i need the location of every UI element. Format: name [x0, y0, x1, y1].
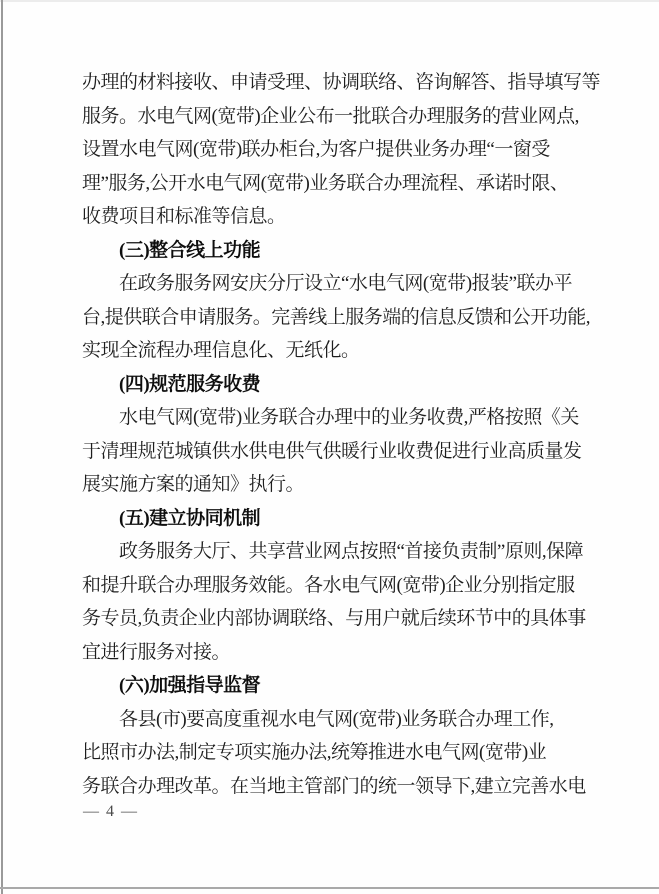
text-line: 各县(市)要高度重视水电气网(宽带)业务联合办理工作,	[82, 703, 627, 737]
section-heading: (三)整合线上功能	[82, 234, 627, 268]
text-line: 办理的材料接收、申请受理、协调联络、咨询解答、指导填写等	[82, 66, 627, 100]
page-edge-top	[0, 0, 659, 2]
document-page: 办理的材料接收、申请受理、协调联络、咨询解答、指导填写等服务。水电气网(宽带)企…	[0, 0, 659, 894]
text-line: 服务。水电气网(宽带)企业公布一批联合办理服务的营业网点,	[82, 100, 627, 134]
text-line: 实现全流程办理信息化、无纸化。	[82, 334, 627, 368]
section-heading: (五)建立协同机制	[82, 502, 627, 536]
page-number: — 4 —	[83, 803, 139, 821]
document-body: 办理的材料接收、申请受理、协调联络、咨询解答、指导填写等服务。水电气网(宽带)企…	[82, 66, 627, 803]
text-line: 务专员,负责企业内部协调联络、与用户就后续环节中的具体事	[82, 602, 627, 636]
text-line: 比照市办法,制定专项实施办法,统筹推进水电气网(宽带)业	[82, 736, 627, 770]
text-line: 在政务服务网安庆分厅设立“水电气网(宽带)报装”联办平	[82, 267, 627, 301]
text-line: 收费项目和标准等信息。	[82, 200, 627, 234]
text-line: 理”服务,公开水电气网(宽带)业务联合办理流程、承诺时限、	[82, 167, 627, 201]
text-line: 宜进行服务对接。	[82, 636, 627, 670]
page-edge-bottom	[0, 887, 659, 889]
section-heading: (四)规范服务收费	[82, 368, 627, 402]
text-line: 政务服务大厅、共享营业网点按照“首接负责制”原则,保障	[82, 535, 627, 569]
text-line: 和提升联合办理服务效能。各水电气网(宽带)企业分别指定服	[82, 569, 627, 603]
text-line: 展实施方案的通知》执行。	[82, 468, 627, 502]
page-edge-left	[1, 0, 3, 894]
section-heading: (六)加强指导监督	[82, 669, 627, 703]
text-line: 台,提供联合申请服务。完善线上服务端的信息反馈和公开功能,	[82, 301, 627, 335]
text-line: 于清理规范城镇供水供电供气供暖行业收费促进行业高质量发	[82, 435, 627, 469]
text-line: 设置水电气网(宽带)联办柜台,为客户提供业务办理“一窗受	[82, 133, 627, 167]
text-line: 务联合办理改革。在当地主管部门的统一领导下,建立完善水电	[82, 770, 627, 804]
text-line: 水电气网(宽带)业务联合办理中的业务收费,严格按照《关	[82, 401, 627, 435]
